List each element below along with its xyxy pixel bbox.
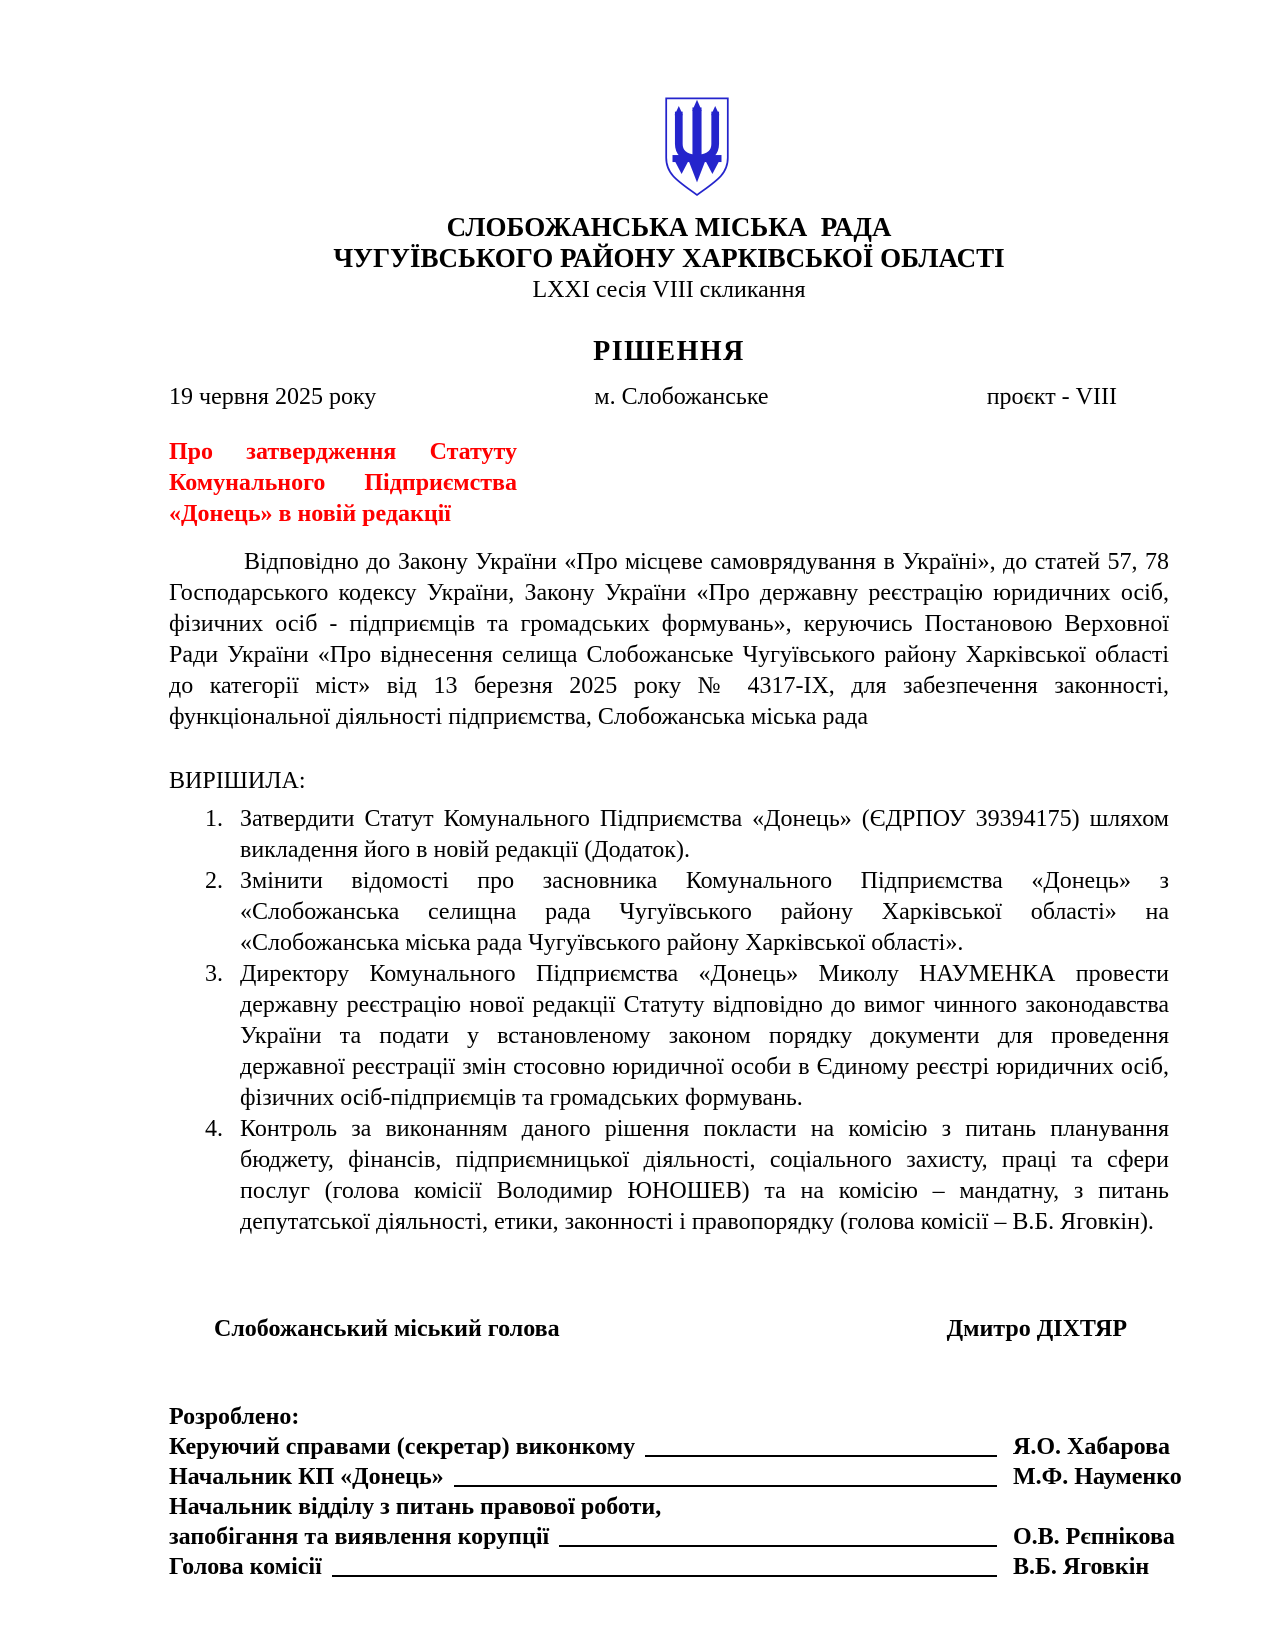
document-date: 19 червня 2025 року xyxy=(169,384,376,411)
document-place: м. Слобожанське xyxy=(594,384,768,411)
developer-position: запобігання та виявлення корупції xyxy=(169,1522,549,1552)
signature-line xyxy=(559,1545,997,1547)
item-text: Затвердити Статут Комунального Підприємс… xyxy=(240,804,1169,866)
list-item: 2. Змінити відомості про засновника Кому… xyxy=(169,866,1169,959)
subject-line: Комунального Підприємства xyxy=(169,468,517,499)
developer-position: Керуючий справами (секретар) виконкому xyxy=(169,1432,635,1462)
item-number: 3. xyxy=(205,959,240,1114)
developer-name: В.Б. Яговкін xyxy=(997,1552,1169,1582)
item-number: 2. xyxy=(205,866,240,959)
mayor-title: Слобожанський міський голова xyxy=(169,1314,560,1344)
item-text: Контроль за виконанням даного рішення по… xyxy=(240,1114,1169,1238)
meta-row: 19 червня 2025 року м. Слобожанське проє… xyxy=(169,384,1169,411)
developed-row: Начальник відділу з питань правової робо… xyxy=(169,1492,1169,1522)
developed-row: Начальник КП «Донець» М.Ф. Науменко xyxy=(169,1462,1169,1492)
document-draft-label: проєкт - VIII xyxy=(987,384,1169,411)
mayor-name: Дмитро ДІХТЯР xyxy=(947,1314,1169,1344)
item-text: Змінити відомості про засновника Комунал… xyxy=(240,866,1169,959)
document-type-title: РІШЕННЯ xyxy=(169,336,1169,368)
subject-line: Про затвердження Статуту xyxy=(169,437,517,468)
item-number: 4. xyxy=(205,1114,240,1238)
coat-of-arms xyxy=(197,96,1197,198)
list-item: 3. Директору Комунального Підприємства «… xyxy=(169,959,1169,1114)
item-number: 1. xyxy=(205,804,240,866)
session-line: LXXI сесія VIII скликання xyxy=(169,276,1169,304)
decision-document-page: СЛОБОЖАНСЬКА МІСЬКА РАДА ЧУГУЇВСЬКОГО РА… xyxy=(0,0,1275,1650)
list-item: 1. Затвердити Статут Комунального Підпри… xyxy=(169,804,1169,866)
org-name-line2: ЧУГУЇВСЬКОГО РАЙОНУ ХАРКІВСЬКОЇ ОБЛАСТІ xyxy=(169,243,1169,274)
developed-block: Розроблено: Керуючий справами (секретар)… xyxy=(169,1402,1169,1582)
list-item: 4. Контроль за виконанням даного рішення… xyxy=(169,1114,1169,1238)
developer-name: М.Ф. Науменко xyxy=(997,1462,1169,1492)
preamble-paragraph: Відповідно до Закону України «Про місцев… xyxy=(169,547,1169,733)
signature-line xyxy=(454,1485,997,1487)
developer-name: Я.О. Хабарова xyxy=(997,1432,1169,1462)
developed-row: Голова комісії В.Б. Яговкін xyxy=(169,1552,1169,1582)
resolved-label: ВИРІШИЛА: xyxy=(169,767,1169,795)
signature-line xyxy=(332,1575,997,1577)
developer-position: Начальник КП «Донець» xyxy=(169,1462,444,1492)
item-text: Директору Комунального Підприємства «Дон… xyxy=(240,959,1169,1114)
ukraine-trident-icon xyxy=(662,96,732,198)
developer-name: О.В. Рєпнікова xyxy=(997,1522,1169,1552)
signature-line xyxy=(645,1455,997,1457)
developed-row: Керуючий справами (секретар) виконкому Я… xyxy=(169,1432,1169,1462)
subject-title: Про затвердження Статуту Комунального Пі… xyxy=(169,437,517,530)
developer-position: Начальник відділу з питань правової робо… xyxy=(169,1492,661,1522)
org-name-line1: СЛОБОЖАНСЬКА МІСЬКА РАДА xyxy=(169,212,1169,243)
developer-position: Голова комісії xyxy=(169,1552,322,1582)
developed-row: запобігання та виявлення корупції О.В. Р… xyxy=(169,1522,1169,1552)
subject-line: «Донець» в новій редакції xyxy=(169,499,517,530)
developed-label: Розроблено: xyxy=(169,1402,1169,1432)
mayor-signature-row: Слобожанський міський голова Дмитро ДІХТ… xyxy=(169,1314,1169,1344)
resolution-items-list: 1. Затвердити Статут Комунального Підпри… xyxy=(169,804,1169,1238)
